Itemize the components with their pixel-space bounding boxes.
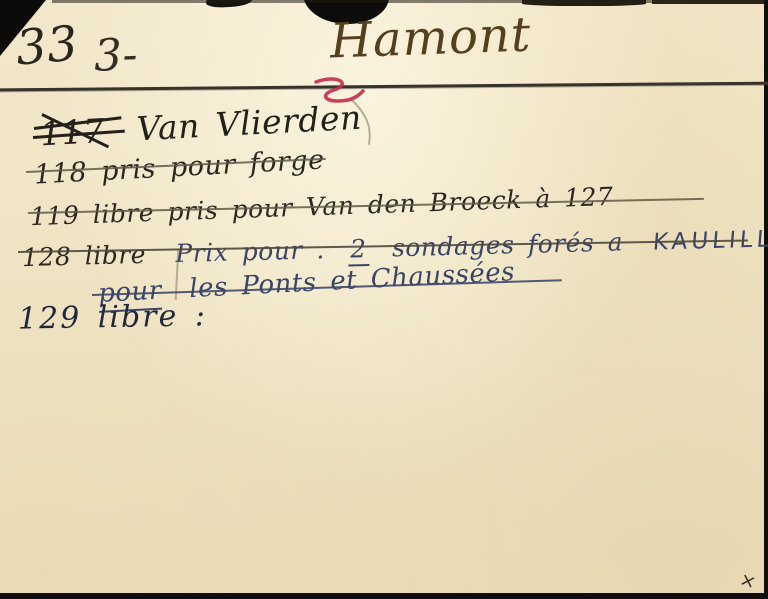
- entry-number: 128 libre: [22, 240, 147, 272]
- right-edge-shadow: [764, 0, 768, 599]
- top-edge-smudge: [522, 0, 646, 6]
- card-title: Hamont: [329, 7, 532, 70]
- scanned-index-card: 33 3- Hamont 117 Van Vlierden 118 pris p…: [0, 0, 768, 599]
- archive-suffix: 3-: [93, 29, 139, 82]
- corner-x-mark: ×: [737, 568, 759, 594]
- entry-text: Prix pour .: [175, 235, 325, 268]
- entry-text: 129 libre :: [18, 298, 208, 336]
- top-edge-smudge: [652, 0, 768, 4]
- underlined-number: 2: [348, 234, 369, 267]
- archive-number: 33: [14, 15, 81, 76]
- entry-line-129: 129 libre :: [18, 298, 208, 336]
- bottom-edge-shadow: [0, 593, 768, 599]
